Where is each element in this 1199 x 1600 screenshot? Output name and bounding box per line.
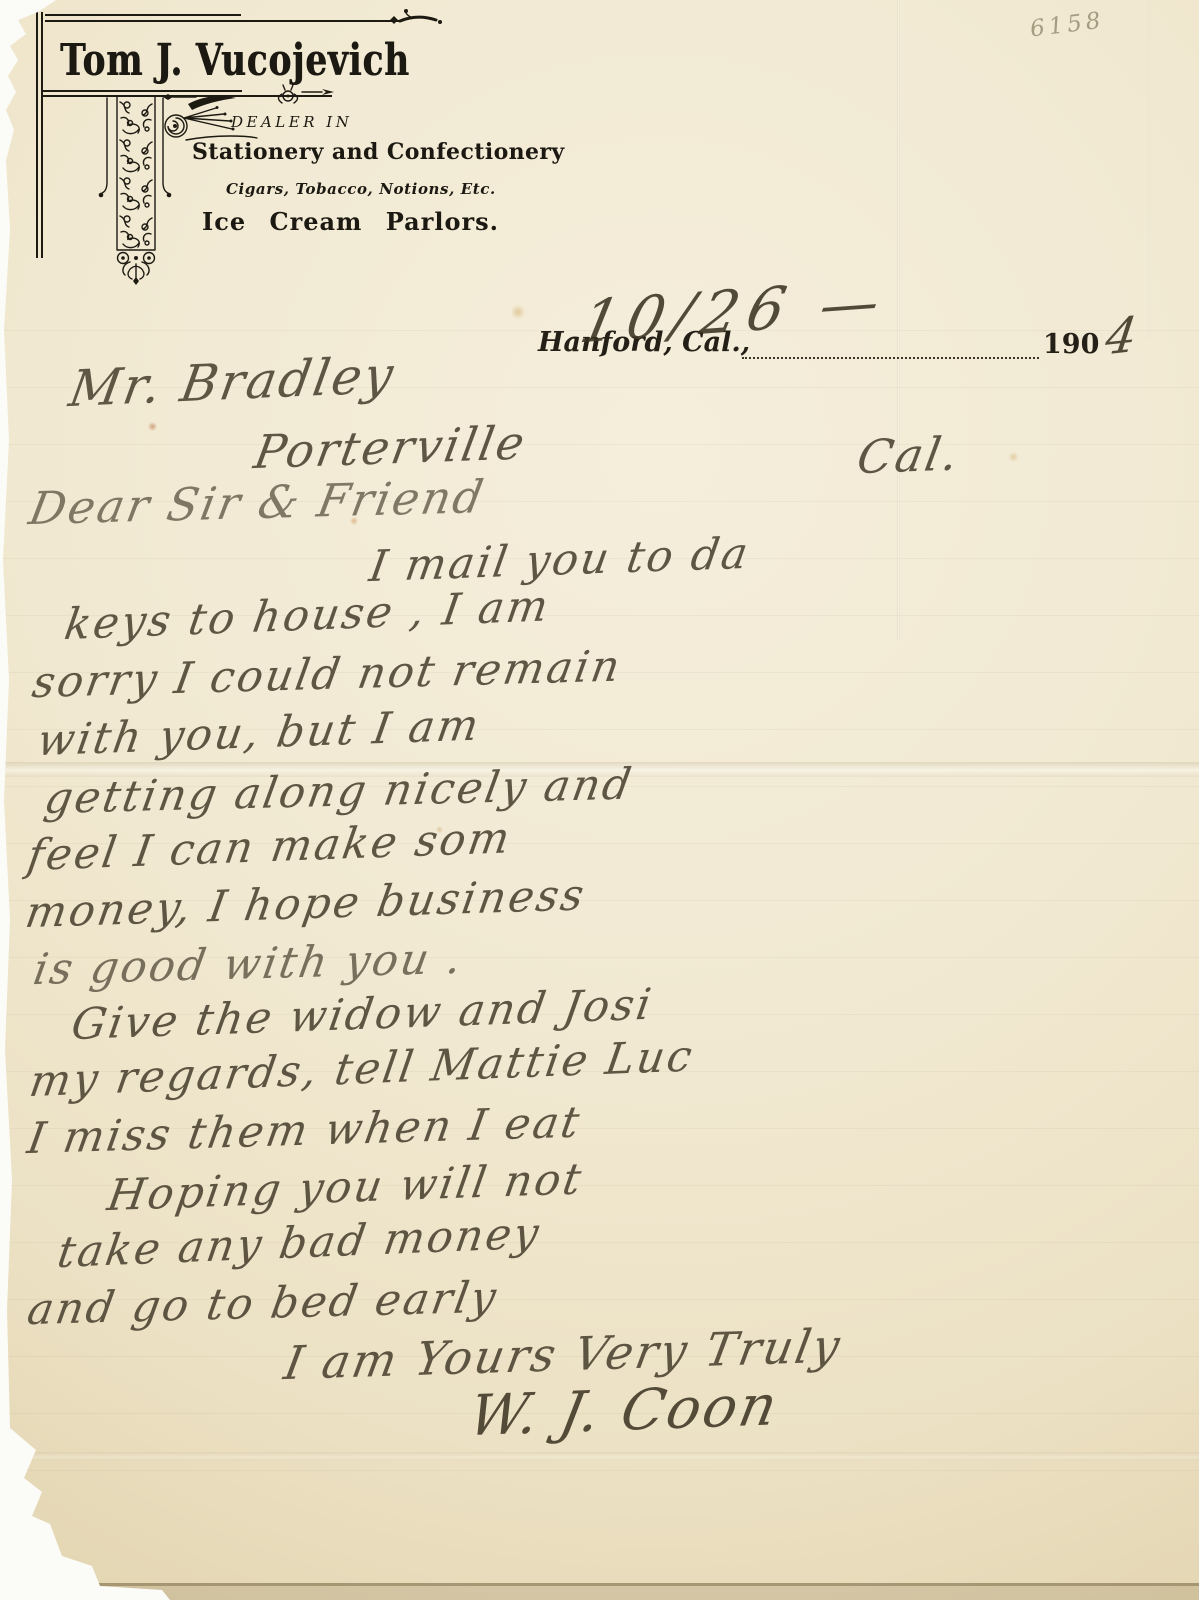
handwritten-line: I mail you to da [366, 529, 754, 593]
handwritten-line: sorry I could not remain [29, 641, 626, 708]
decorative-rule-top-b [45, 20, 401, 22]
handwritten-recipient: Mr. Bradley [65, 346, 400, 419]
handwritten-line: feel I can make som [24, 813, 515, 881]
horizontal-crease-lower [0, 1452, 1199, 1461]
pencil-archive-number: 6158 [1029, 8, 1106, 43]
paper-sheet: Tom J. Vucojevich DEALER IN Stationery a… [0, 0, 1199, 1600]
letterhead-parlors-line: Ice Cream Parlors. [202, 207, 499, 236]
letterhead-name: Tom J. Vucojevich [60, 35, 410, 86]
handwritten-line: and go to bed early [24, 1273, 502, 1336]
letterhead-dealer-in: DEALER IN [231, 113, 352, 131]
handwritten-line: is good with you . [30, 934, 468, 995]
handwritten-year-digit: 4 [1102, 306, 1143, 367]
handwritten-line: with you, but I am [34, 700, 484, 766]
handwritten-line: money, I hope business [22, 870, 590, 938]
handwritten-line: I miss them when I eat [24, 1097, 585, 1164]
letterhead-goods-line: Cigars, Tobacco, Notions, Etc. [226, 180, 496, 198]
stain-spot [1008, 452, 1019, 462]
letterhead-business-line: Stationery and Confectionery [192, 139, 565, 165]
stain-spot [148, 422, 157, 431]
stain-spot [510, 305, 526, 319]
decorative-rule-top-a [45, 14, 241, 16]
decorative-rule-left-a [36, 12, 38, 258]
handwritten-salutation: Dear Sir & Friend [25, 470, 490, 535]
paper-bottom-shadow [92, 1586, 1199, 1600]
vertical-fold-crease [897, 0, 900, 640]
scanned-letter: { "annotation": { "pencil_number": "6158… [0, 0, 1199, 1600]
handwritten-line: keys to house , I am [61, 581, 554, 650]
decorative-rule-left-b [41, 12, 43, 258]
handwritten-signature: W. J. Coon [464, 1373, 785, 1449]
handwritten-state: Cal. [853, 426, 964, 484]
vertical-crease-right [1148, 0, 1151, 340]
line-end-flourish-icon [388, 4, 446, 30]
dateline-year-printed: 190 [1043, 329, 1099, 360]
